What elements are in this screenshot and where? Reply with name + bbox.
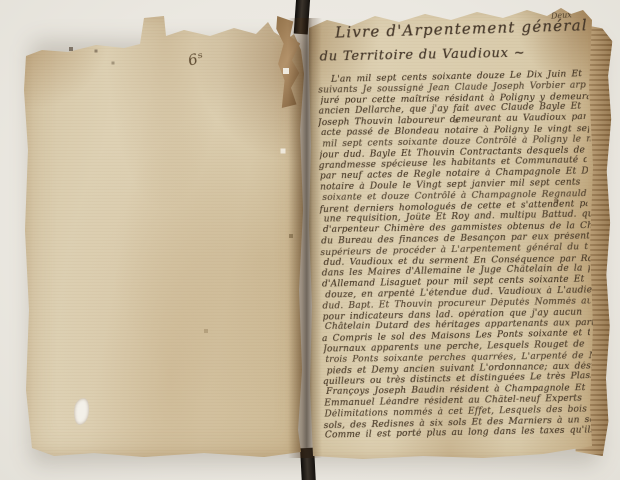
title-line-1: Livre d'Arpentement général ~ [335,16,585,41]
body-text: L'an mil sept cents soixante douze Le Di… [318,69,593,441]
handwriting-block: Livre d'Arpentement général ~ du Territo… [317,17,593,441]
left-page-notation: 6ˢ [186,48,206,69]
manuscript-scan: 6ˢ Deux Livre d'Arpentement général ~ du… [0,0,620,480]
paper-hole [72,397,91,426]
left-page: 6ˢ [24,10,306,460]
paper-specks [0,0,2,2]
gutter-shadow [288,18,322,458]
title-line-2: du Territoire du Vaudioux ~ [320,44,586,64]
right-page: Deux Livre d'Arpentement général ~ du Te… [303,6,595,462]
